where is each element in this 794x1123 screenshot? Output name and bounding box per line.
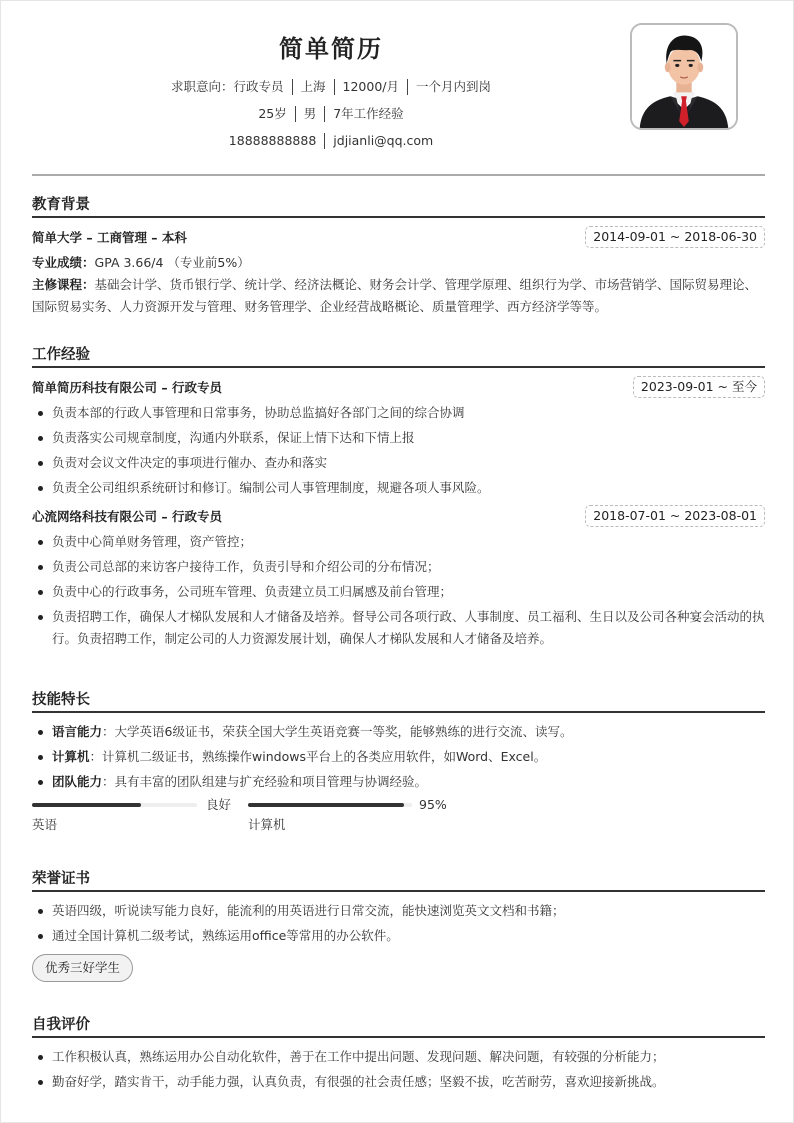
skill-label: 语言能力 — [52, 724, 102, 739]
skill-bar-english: 良好 英语 — [32, 797, 237, 833]
list-item: 负责对会议文件决定的事项进行催办、查办和落实 — [32, 452, 765, 474]
job-duties-list: 负责本部的行政人事管理和日常事务，协助总监搞好各部门之间的综合协调 负责落实公司… — [32, 402, 765, 499]
list-item: 负责落实公司规章制度，沟通内外联系，保证上情下达和下情上报 — [32, 427, 765, 449]
progress-track — [248, 803, 412, 807]
phone: 18888888888 — [221, 133, 324, 149]
list-item: 团队能力：具有丰富的团队组建与扩充经验和项目管理与协调经验。 — [32, 771, 765, 793]
job-intent-line: 求职意向：行政专员上海12000/月一个月内到岗 — [1, 79, 661, 95]
list-item: 负责招聘工作，确保人才梯队发展和人才储备及培养。督导公司各项行政、人事制度、员工… — [32, 606, 765, 650]
availability: 一个月内到岗 — [407, 79, 499, 95]
job-duties-list: 负责中心简单财务管理，资产管控； 负责公司总部的来访客户接待工作，负责引导和介绍… — [32, 531, 765, 650]
section-title: 自我评价 — [32, 1014, 765, 1038]
list-item: 英语四级，听说读写能力良好，能流利的用英语进行日常交流，能快速浏览英文文档和书籍… — [32, 900, 765, 922]
skill-level: 95% — [419, 797, 447, 813]
gender: 男 — [295, 106, 325, 122]
resume-page: 简单简历 求职意向：行政专员上海12000/月一个月内到岗 25岁男7年工作经验… — [0, 0, 794, 1123]
contact-line: 18888888888jdjianli@qq.com — [1, 133, 661, 149]
section-title: 工作经验 — [32, 344, 765, 368]
skill-name: 计算机 — [248, 817, 468, 833]
skills-list: 语言能力：大学英语6级证书，荣获全国大学生英语竞赛一等奖，能够熟练的进行交流、读… — [32, 721, 765, 793]
honors-list: 英语四级，听说读写能力良好，能流利的用英语进行日常交流，能快速浏览英文文档和书籍… — [32, 900, 765, 947]
list-item: 勤奋好学，踏实肯干，动手能力强，认真负责，有很强的社会责任感；坚毅不拔，吃苦耐劳… — [32, 1071, 765, 1093]
skill-level: 良好 — [206, 797, 231, 813]
list-item: 负责全公司组织系统研讨和修订。编制公司人事管理制度，规避各项人事风险。 — [32, 477, 765, 499]
job-heading: 简单简历科技有限公司 – 行政专员 — [32, 380, 222, 395]
education-heading: 简单大学 – 工商管理 – 本科 — [32, 230, 187, 245]
section-experience: 工作经验 简单简历科技有限公司 – 行政专员 2023-09-01 ~ 至今 负… — [32, 344, 765, 653]
section-title: 荣誉证书 — [32, 868, 765, 892]
section-self-evaluation: 自我评价 工作积极认真，熟练运用办公自动化软件，善于在工作中提出问题、发现问题、… — [32, 1014, 765, 1096]
section-skills: 技能特长 语言能力：大学英语6级证书，荣获全国大学生英语竞赛一等奖，能够熟练的进… — [32, 689, 765, 837]
list-item: 工作积极认真，熟练运用办公自动化软件，善于在工作中提出问题、发现问题、解决问题，… — [32, 1046, 765, 1068]
self-eval-list: 工作积极认真，熟练运用办公自动化软件，善于在工作中提出问题、发现问题、解决问题，… — [32, 1046, 765, 1093]
progress-fill — [248, 803, 404, 807]
date-badge: 2018-07-01 ~ 2023-08-01 — [585, 505, 765, 527]
progress-track — [32, 803, 197, 807]
date-badge: 2014-09-01 ~ 2018-06-30 — [585, 226, 765, 248]
resume-header: 简单简历 求职意向：行政专员上海12000/月一个月内到岗 25岁男7年工作经验… — [1, 1, 794, 176]
skill-text: ：具有丰富的团队组建与扩充经验和项目管理与协调经验。 — [102, 774, 427, 789]
personal-info-line: 25岁男7年工作经验 — [1, 106, 661, 122]
job-heading: 心流网络科技有限公司 – 行政专员 — [32, 509, 222, 524]
list-item: 计算机：计算机二级证书，熟练操作windows平台上的各类应用软件，如Word、… — [32, 746, 765, 768]
list-item: 负责中心简单财务管理，资产管控； — [32, 531, 765, 553]
avatar-photo — [630, 23, 738, 130]
skill-text: ：大学英语6级证书，荣获全国大学生英语竞赛一等奖，能够熟练的进行交流、读写。 — [102, 724, 572, 739]
list-item: 语言能力：大学英语6级证书，荣获全国大学生英语竞赛一等奖，能够熟练的进行交流、读… — [32, 721, 765, 743]
section-title: 教育背景 — [32, 194, 765, 218]
location: 上海 — [292, 79, 334, 95]
skill-label: 团队能力 — [52, 774, 102, 789]
list-item: 负责公司总部的来访客户接待工作，负责引导和介绍公司的分布情况； — [32, 556, 765, 578]
skill-name: 英语 — [32, 817, 237, 833]
header-divider — [32, 174, 765, 176]
section-honors: 荣誉证书 英语四级，听说读写能力良好，能流利的用英语进行日常交流，能快速浏览英文… — [32, 868, 765, 982]
skill-bars: 良好 英语 95% 计算机 — [32, 797, 765, 837]
list-item: 负责本部的行政人事管理和日常事务，协助总监搞好各部门之间的综合协调 — [32, 402, 765, 424]
honor-tag: 优秀三好学生 — [32, 954, 133, 982]
skill-label: 计算机 — [52, 749, 90, 764]
list-item: 负责中心的行政事务，公司班车管理、负责建立员工归属感及前台管理； — [32, 581, 765, 603]
date-badge: 2023-09-01 ~ 至今 — [633, 376, 765, 398]
skill-text: ：计算机二级证书，熟练操作windows平台上的各类应用软件，如Word、Exc… — [90, 749, 547, 764]
progress-fill — [32, 803, 141, 807]
education-entry-head: 简单大学 – 工商管理 – 本科 2014-09-01 ~ 2018-06-30 — [32, 226, 765, 250]
courses-line: 主修课程：基础会计学、货币银行学、统计学、经济法概论、财务会计学、管理学原理、组… — [32, 274, 765, 318]
salary: 12000/月 — [334, 79, 407, 95]
candidate-name: 简单简历 — [1, 29, 661, 64]
email: jdjianli@qq.com — [324, 133, 441, 149]
skill-bar-computer: 95% 计算机 — [248, 797, 468, 833]
list-item: 通过全国计算机二级考试，熟练运用office等常用的办公软件。 — [32, 925, 765, 947]
courses-value: 基础会计学、货币银行学、统计学、经济法概论、财务会计学、管理学原理、组织行为学、… — [32, 277, 757, 314]
age: 25岁 — [250, 106, 294, 122]
gpa-value: GPA 3.66/4 （专业前5%） — [95, 255, 250, 270]
job-entry-head: 心流网络科技有限公司 – 行政专员 2018-07-01 ~ 2023-08-0… — [32, 505, 765, 529]
gpa-label: 专业成绩： — [32, 255, 95, 270]
portrait-icon — [632, 25, 736, 128]
section-education: 教育背景 简单大学 – 工商管理 – 本科 2014-09-01 ~ 2018-… — [32, 194, 765, 318]
gpa-line: 专业成绩：GPA 3.66/4 （专业前5%） — [32, 252, 765, 274]
job-intent: 求职意向：行政专员 — [163, 79, 292, 95]
courses-label: 主修课程： — [32, 277, 95, 292]
section-title: 技能特长 — [32, 689, 765, 713]
work-years: 7年工作经验 — [324, 106, 411, 122]
job-entry-head: 简单简历科技有限公司 – 行政专员 2023-09-01 ~ 至今 — [32, 376, 765, 400]
